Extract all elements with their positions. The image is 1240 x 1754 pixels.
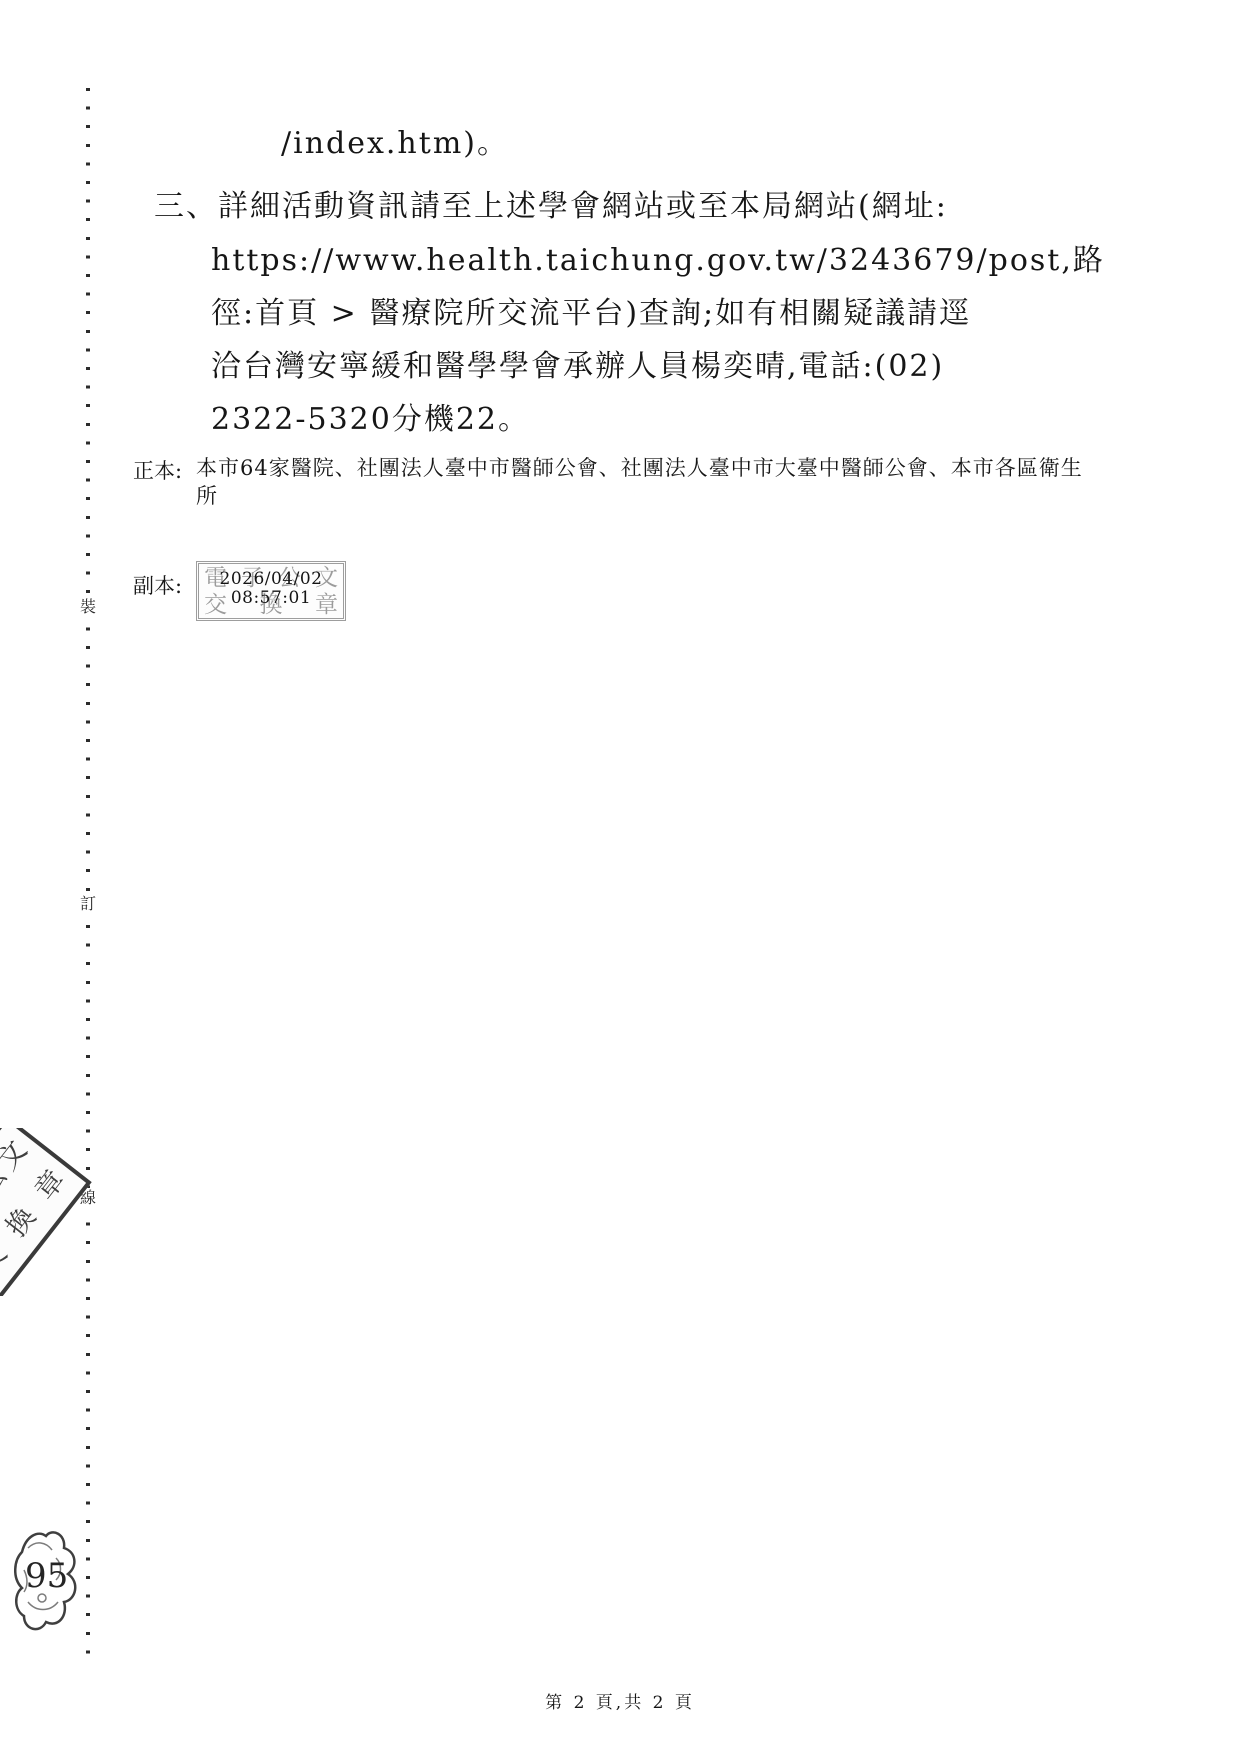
- corner-stamp-box: 電子公文 交換章: [0, 1128, 92, 1296]
- exchange-stamp-time: 08:57:01: [199, 589, 343, 608]
- body-line-index-url: /index.htm)。: [281, 118, 509, 162]
- fuben-label: 副本:: [133, 570, 182, 600]
- item3-marker: 三、: [154, 189, 218, 224]
- body-line-url: https://www.health.taichung.gov.tw/32436…: [211, 235, 1105, 279]
- document-page: 裝 訂 線 /index.htm)。 三、詳細活動資訊請至上述學會網站或至本局網…: [0, 0, 1240, 1754]
- exchange-stamp-datetime: 2026/04/02 08:57:01: [199, 570, 343, 608]
- page-number-stamp: 95: [12, 1522, 78, 1640]
- stamp-page-number: 95: [25, 1556, 68, 1596]
- page-footer: 第 2 頁,共 2 頁: [0, 1688, 1240, 1713]
- zhengben-label: 正本:: [133, 455, 182, 485]
- body-line-site-path: 徑:首頁 > 醫療院所交流平台)查詢;如有相關疑議請逕: [211, 288, 971, 332]
- item3-text: 詳細活動資訊請至上述學會網站或至本局網站(網址:: [218, 189, 948, 224]
- binding-mark-ding: 訂: [78, 894, 98, 914]
- binding-mark-zhuang: 裝: [78, 597, 98, 617]
- zhengben-recipients: 本市64家醫院、社團法人臺中市醫師公會、社團法人臺中市大臺中醫師公會、本市各區衛…: [196, 455, 1098, 510]
- body-line-contact: 洽台灣安寧緩和醫學學會承辦人員楊奕晴,電話:(02): [211, 341, 944, 385]
- corner-stamp-fragment: 電子公文 交換章: [0, 1128, 92, 1296]
- body-line-item3: 三、詳細活動資訊請至上述學會網站或至本局網站(網址:: [154, 181, 948, 225]
- binding-dotted-line: [86, 88, 90, 1668]
- body-line-phone: 2322-5320分機22。: [211, 394, 530, 438]
- electronic-exchange-stamp: 電子公文 交換章 2026/04/02 08:57:01: [196, 561, 346, 621]
- exchange-stamp-date: 2026/04/02: [199, 570, 343, 589]
